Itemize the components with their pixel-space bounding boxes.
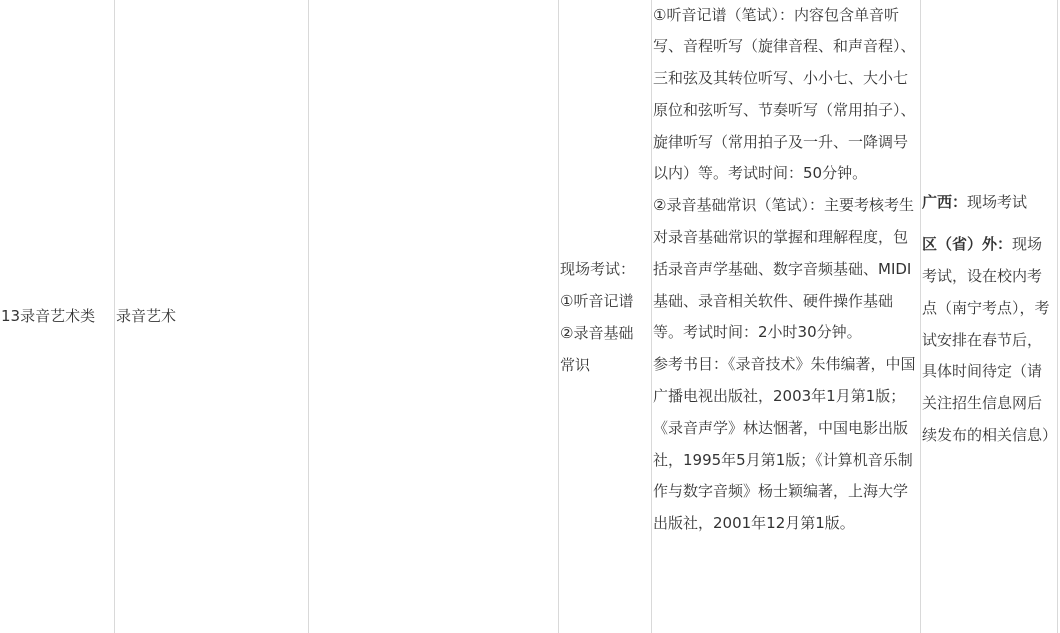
- major-cell: 录音艺术: [115, 0, 308, 633]
- column-divider: [1057, 0, 1058, 633]
- category-text: 13录音艺术类: [1, 301, 114, 333]
- exam-form-cell: 现场考试： ①听音记谱 ②录音基础常识: [559, 0, 651, 633]
- exam-location-cell: 广西：现场考试 区（省）外：现场考试，设在校内考点（南宁考点），考试安排在春节后…: [921, 0, 1057, 633]
- location-outside-text: 现场考试，设在校内考点（南宁考点），考试安排在春节后，具体时间待定（请关注招生信…: [922, 235, 1057, 444]
- location-guangxi-text: 现场考试: [967, 193, 1027, 211]
- location-outside-label: 区（省）外：: [922, 235, 1012, 253]
- paragraph-gap: [922, 219, 1054, 229]
- exam-content-references: 参考书目：《录音技术》朱伟编著，中国广播电视出版社，2003年1月第1版；《录音…: [653, 349, 918, 540]
- exam-content-cell: ①听音记谱（笔试）：内容包含单音听写、音程听写（旋律音程、和声音程）、三和弦及其…: [652, 0, 920, 633]
- location-guangxi-label: 广西：: [922, 193, 967, 211]
- location-guangxi: 广西：现场考试: [922, 187, 1054, 219]
- exam-form-line: ②录音基础常识: [560, 318, 645, 382]
- exam-form-line: ①听音记谱: [560, 286, 645, 318]
- empty-cell: [309, 0, 558, 633]
- exam-content-recording-basics: ②录音基础常识（笔试）：主要考核考生对录音基础常识的掌握和理解程度，包括录音声学…: [653, 190, 918, 349]
- exam-form-line: 现场考试：: [560, 254, 645, 286]
- exam-content-listening: ①听音记谱（笔试）：内容包含单音听写、音程听写（旋律音程、和声音程）、三和弦及其…: [653, 0, 918, 190]
- major-text: 录音艺术: [116, 301, 308, 333]
- location-outside: 区（省）外：现场考试，设在校内考点（南宁考点），考试安排在春节后，具体时间待定（…: [922, 229, 1054, 452]
- category-cell: 13录音艺术类: [0, 0, 114, 633]
- admissions-table: 13录音艺术类 录音艺术 现场考试： ①听音记谱 ②录音基础常识 ①听音记谱（笔…: [0, 0, 1060, 633]
